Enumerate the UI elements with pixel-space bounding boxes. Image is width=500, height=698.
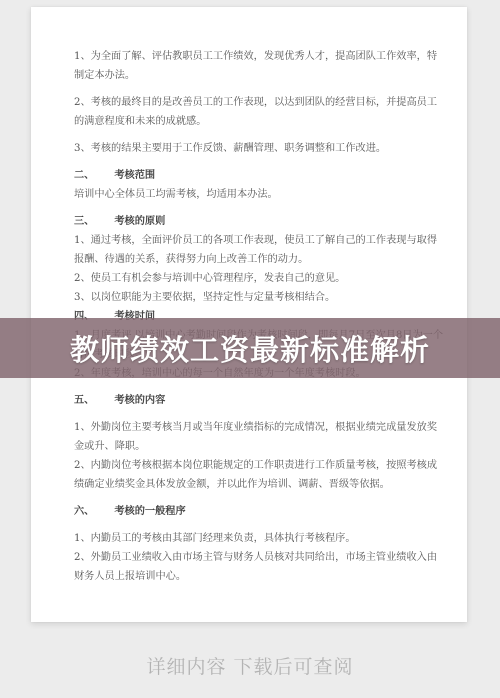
section-heading: 二、 考核范围 <box>74 166 446 185</box>
section-number: 六、 <box>74 502 94 521</box>
paragraph: 2、外勤员工业绩收入由市场主管与财务人员核对共同给出，市场主管业绩收入由财务人员… <box>74 548 446 586</box>
section-number: 二、 <box>74 166 94 185</box>
section-heading: 六、 考核的一般程序 <box>74 502 446 521</box>
banner-title: 教师绩效工资最新标准解析 <box>70 328 430 369</box>
section-title: 考核的内容 <box>114 391 165 410</box>
section-number: 五、 <box>74 391 94 410</box>
paragraph: 1、外勤岗位主要考核当月或当年度业绩指标的完成情况，根据业绩完成量发放奖金或升、… <box>74 418 446 456</box>
paragraph: 1、为全面了解、评估教职员工工作绩效，发现优秀人才，提高团队工作效率，特制定本办… <box>74 47 446 85</box>
document-content: 1、为全面了解、评估教职员工工作绩效，发现优秀人才，提高团队工作效率，特制定本办… <box>74 47 446 586</box>
paragraph: 培训中心全体员工均需考核，均适用本办法。 <box>74 185 446 204</box>
paragraph: 2、使员工有机会参与培训中心管理程序，发表自己的意见。 <box>74 269 446 288</box>
section-heading: 三、 考核的原则 <box>74 212 446 231</box>
section-title: 考核的原则 <box>114 212 165 231</box>
paragraph: 1、通过考核，全面评价员工的各项工作表现，使员工了解自己的工作表现与取得报酬、待… <box>74 231 446 269</box>
download-hint[interactable]: 详细内容 下载后可查阅 <box>0 652 500 679</box>
document-page: 1、为全面了解、评估教职员工工作绩效，发现优秀人才，提高团队工作效率，特制定本办… <box>31 7 467 622</box>
title-banner: 教师绩效工资最新标准解析 <box>0 318 500 378</box>
paragraph: 2、考核的最终目的是改善员工的工作表现，以达到团队的经营目标，并提高员工的满意程… <box>74 93 446 131</box>
paragraph: 1、内勤员工的考核由其部门经理来负责，具体执行考核程序。 <box>74 529 446 548</box>
paragraph: 3、以岗位职能为主要依据，坚持定性与定量考核相结合。 <box>74 288 446 307</box>
section-title: 考核范围 <box>114 166 155 185</box>
section-number: 三、 <box>74 212 94 231</box>
section-title: 考核的一般程序 <box>114 502 185 521</box>
paragraph: 2、内勤岗位考核根据本岗位职能规定的工作职责进行工作质量考核，按照考核成绩确定业… <box>74 456 446 494</box>
section-heading: 五、 考核的内容 <box>74 391 446 410</box>
paragraph: 3、考核的结果主要用于工作反馈、薪酬管理、职务调整和工作改进。 <box>74 139 446 158</box>
